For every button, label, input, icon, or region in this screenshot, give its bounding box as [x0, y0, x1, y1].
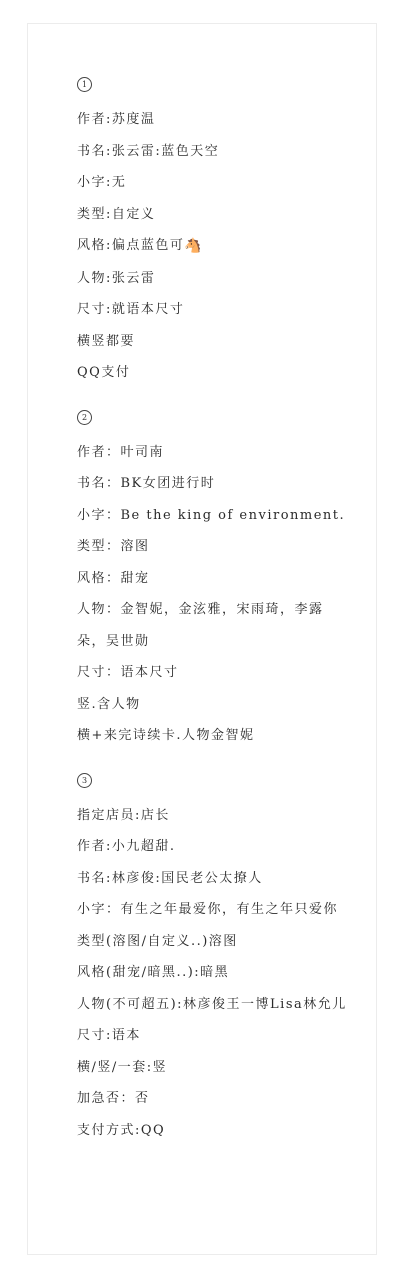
section-number-badge: 3: [77, 773, 92, 788]
horizontal-note-line: 横+来完诗续卡.人物金智妮: [77, 720, 347, 752]
payment-line: QQ支付: [77, 357, 347, 389]
payment-line: 支付方式:QQ: [77, 1115, 347, 1147]
character-line: 人物:张云雷: [77, 263, 347, 295]
type-line: 类型:自定义: [77, 199, 347, 231]
type-line: 类型：溶图: [77, 531, 347, 563]
type-line: 类型(溶图/自定义..)溶图: [77, 926, 347, 958]
character-line: 人物：金智妮，金泫雅，宋雨琦，李露朵，吴世勋: [77, 594, 347, 657]
style-line: 风格：甜宠: [77, 563, 347, 595]
style-text: 风格:偏点蓝色可: [77, 238, 184, 253]
author-line: 作者:小九超甜.: [77, 831, 347, 863]
orientation-line: 横/竖/一套:竖: [77, 1052, 347, 1084]
style-line: 风格(甜宠/暗黑..):暗黑: [77, 957, 347, 989]
book-title-line: 书名：BK女团进行时: [77, 468, 347, 500]
size-line: 尺寸:就语本尺寸: [77, 294, 347, 326]
order-section-1: 1 作者:苏度温 书名:张云雷:蓝色天空 小字:无 类型:自定义 风格:偏点蓝色…: [77, 72, 347, 389]
assigned-staff-line: 指定店员:店长: [77, 800, 347, 832]
horse-emoji-icon: 🐴: [184, 231, 203, 263]
section-number-badge: 1: [77, 77, 92, 92]
note-card: 1 作者:苏度温 书名:张云雷:蓝色天空 小字:无 类型:自定义 风格:偏点蓝色…: [27, 23, 377, 1255]
rush-order-line: 加急否：否: [77, 1083, 347, 1115]
section-number-badge: 2: [77, 410, 92, 425]
vertical-note-line: 竖.含人物: [77, 689, 347, 721]
book-title-line: 书名:张云雷:蓝色天空: [77, 136, 347, 168]
subtitle-line: 小字：Be the king of environment.: [77, 500, 347, 532]
book-title-line: 书名:林彦俊:国民老公太撩人: [77, 863, 347, 895]
order-section-2: 2 作者：叶司南 书名：BK女团进行时 小字：Be the king of en…: [77, 405, 347, 752]
size-line: 尺寸:语本: [77, 1020, 347, 1052]
size-line: 尺寸：语本尺寸: [77, 657, 347, 689]
note-content: 1 作者:苏度温 书名:张云雷:蓝色天空 小字:无 类型:自定义 风格:偏点蓝色…: [77, 72, 347, 1162]
author-line: 作者：叶司南: [77, 437, 347, 469]
author-line: 作者:苏度温: [77, 104, 347, 136]
orientation-line: 横竖都要: [77, 326, 347, 358]
subtitle-line: 小字：有生之年最爱你，有生之年只爱你: [77, 894, 347, 926]
order-section-3: 3 指定店员:店长 作者:小九超甜. 书名:林彦俊:国民老公太撩人 小字：有生之…: [77, 768, 347, 1147]
subtitle-line: 小字:无: [77, 167, 347, 199]
style-line: 风格:偏点蓝色可🐴: [77, 230, 347, 263]
character-line: 人物(不可超五):林彦俊王一博Lisa林允儿: [77, 989, 347, 1021]
